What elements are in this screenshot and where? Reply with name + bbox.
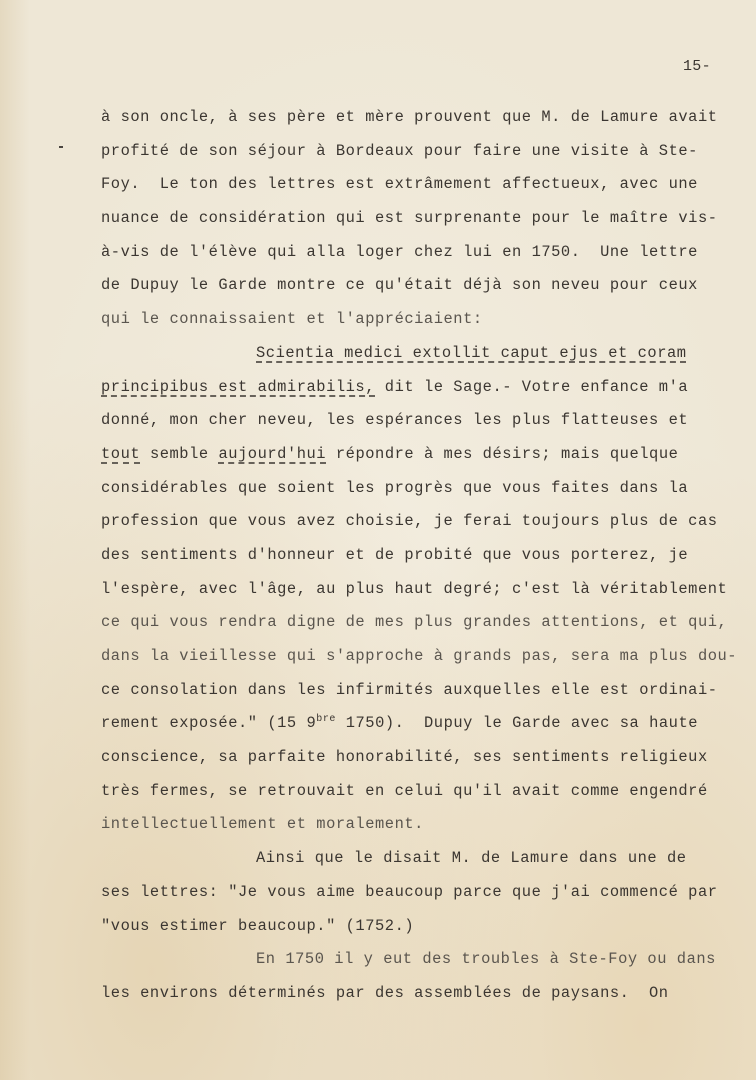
text-line: les environs déterminés par des assemblé… bbox=[101, 980, 751, 1014]
text-line: ce consolation dans les infirmités auxqu… bbox=[101, 677, 751, 711]
quote-line: principibus est admirabilis, dit le Sage… bbox=[101, 374, 751, 408]
latin-quote-underlined: Scientia medici extollit caput ejus et c… bbox=[256, 344, 687, 362]
quote-line: Scientia medici extollit caput ejus et c… bbox=[101, 340, 751, 374]
text-line: l'espère, avec l'âge, au plus haut degré… bbox=[101, 576, 751, 610]
text-line: qui le connaissaient et l'appréciaient: bbox=[101, 306, 751, 340]
text-line: rement exposée." (15 9bre 1750). Dupuy l… bbox=[101, 710, 751, 744]
text-line: profession que vous avez choisie, je fer… bbox=[101, 508, 751, 542]
text-line: ce qui vous rendra digne de mes plus gra… bbox=[101, 609, 751, 643]
text-line: à son oncle, à ses père et mère prouvent… bbox=[101, 104, 751, 138]
text-line: intellectuellement et moralement. bbox=[101, 811, 751, 845]
body-text: à son oncle, à ses père et mère prouvent… bbox=[101, 104, 751, 1014]
text-span: 1750). Dupuy le Garde avec sa haute bbox=[336, 714, 698, 732]
text-line: Ainsi que le disait M. de Lamure dans un… bbox=[101, 845, 751, 879]
underlined-word: tout bbox=[101, 445, 140, 463]
text-span: rement exposée." (15 9 bbox=[101, 714, 316, 732]
text-line: tout semble aujourd'hui répondre à mes d… bbox=[101, 441, 751, 475]
text-line: dans la vieillesse qui s'approche à gran… bbox=[101, 643, 751, 677]
text-line: très fermes, se retrouvait en celui qu'i… bbox=[101, 778, 751, 812]
superscript: bre bbox=[316, 714, 336, 725]
page-number: 15- bbox=[683, 58, 711, 75]
text-line: ses lettres: "Je vous aime beaucoup parc… bbox=[101, 879, 751, 913]
margin-mark bbox=[59, 146, 63, 148]
typewritten-page: 15- à son oncle, à ses père et mère prou… bbox=[0, 0, 756, 1080]
text-line: En 1750 il y eut des troubles à Ste-Foy … bbox=[101, 946, 751, 980]
text-line: conscience, sa parfaite honorabilité, se… bbox=[101, 744, 751, 778]
underlined-word: aujourd'hui bbox=[218, 445, 326, 463]
text-line: des sentiments d'honneur et de probité q… bbox=[101, 542, 751, 576]
text-line: profité de son séjour à Bordeaux pour fa… bbox=[101, 138, 751, 172]
text-line: nuance de considération qui est surprena… bbox=[101, 205, 751, 239]
text-line: donné, mon cher neveu, les espérances le… bbox=[101, 407, 751, 441]
text-line: "vous estimer beaucoup." (1752.) bbox=[101, 913, 751, 947]
text-span: répondre à mes désirs; mais quelque bbox=[326, 445, 678, 463]
text-line: à-vis de l'élève qui alla loger chez lui… bbox=[101, 239, 751, 273]
text-line: considérables que soient les progrès que… bbox=[101, 475, 751, 509]
latin-quote-underlined: principibus est admirabilis, bbox=[101, 378, 375, 396]
text-line: Foy. Le ton des lettres est extrâmement … bbox=[101, 171, 751, 205]
text-span: dit le Sage.- Votre enfance m'a bbox=[375, 378, 688, 396]
text-line: de Dupuy le Garde montre ce qu'était déj… bbox=[101, 272, 751, 306]
text-span: semble bbox=[140, 445, 218, 463]
